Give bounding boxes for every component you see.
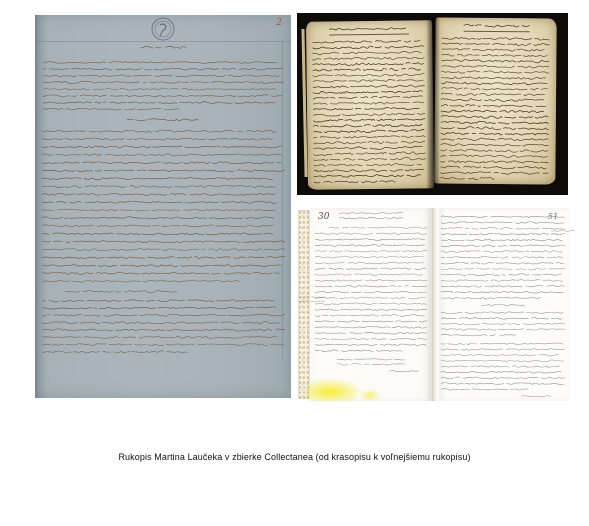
caption: Rukopis Martina Laučeka v zbierke Collec… (0, 452, 589, 462)
handwriting-block (312, 37, 426, 186)
margin-note (299, 294, 325, 305)
date-line (389, 368, 419, 375)
handwriting-block (441, 340, 565, 394)
handwriting-heading (481, 302, 525, 309)
handwriting-paragraph (42, 126, 285, 286)
yellow-stain (306, 378, 364, 401)
book-page-right (434, 17, 556, 184)
book-page-left (306, 20, 434, 190)
handwriting-block (441, 309, 565, 339)
handwriting-heading (127, 115, 201, 124)
handwriting-paragraph (42, 296, 285, 357)
signature-line (521, 393, 551, 400)
figure-dark-book-photo (297, 13, 568, 195)
yellow-stain (360, 389, 380, 401)
handwriting-block (315, 224, 427, 355)
page-root: 2 30 51 (0, 0, 589, 526)
handwriting-header (339, 210, 403, 222)
page-fold (428, 208, 439, 401)
handwriting-header (329, 25, 409, 36)
page-number: 2 (276, 18, 282, 28)
handwriting-heading (65, 287, 177, 296)
handwriting-block (440, 35, 549, 184)
figure-blue-manuscript: 2 (35, 15, 291, 398)
handwriting-header (463, 22, 529, 33)
handwriting-paragraph (43, 58, 284, 114)
handwriting-block (441, 213, 565, 302)
handwriting-closing (337, 356, 405, 368)
book-page-right: 51 (439, 208, 570, 401)
page-binding-shadow (426, 18, 440, 189)
figure-light-book-scan: 30 51 (298, 208, 570, 401)
handwriting-title (141, 42, 187, 52)
page-number-left: 30 (318, 212, 329, 222)
margin-note (551, 228, 575, 235)
book-page-left: 30 (311, 208, 430, 401)
